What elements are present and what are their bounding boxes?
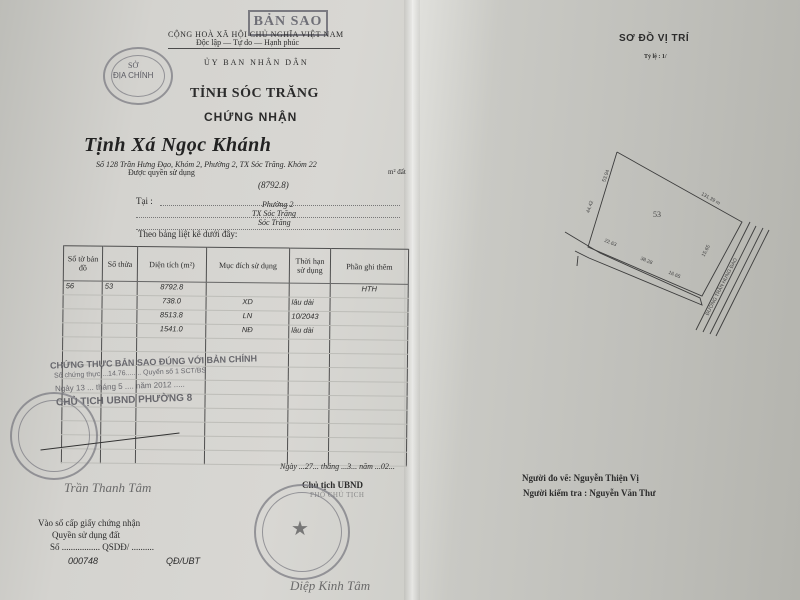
checker: Người kiểm tra : Nguyễn Văn Thư xyxy=(523,488,655,498)
parcel-number: 53 xyxy=(653,210,661,219)
parcel-map: 53 xyxy=(0,0,800,600)
surveyor: Người đo vẽ: Nguyễn Thiện Vị xyxy=(522,473,639,483)
